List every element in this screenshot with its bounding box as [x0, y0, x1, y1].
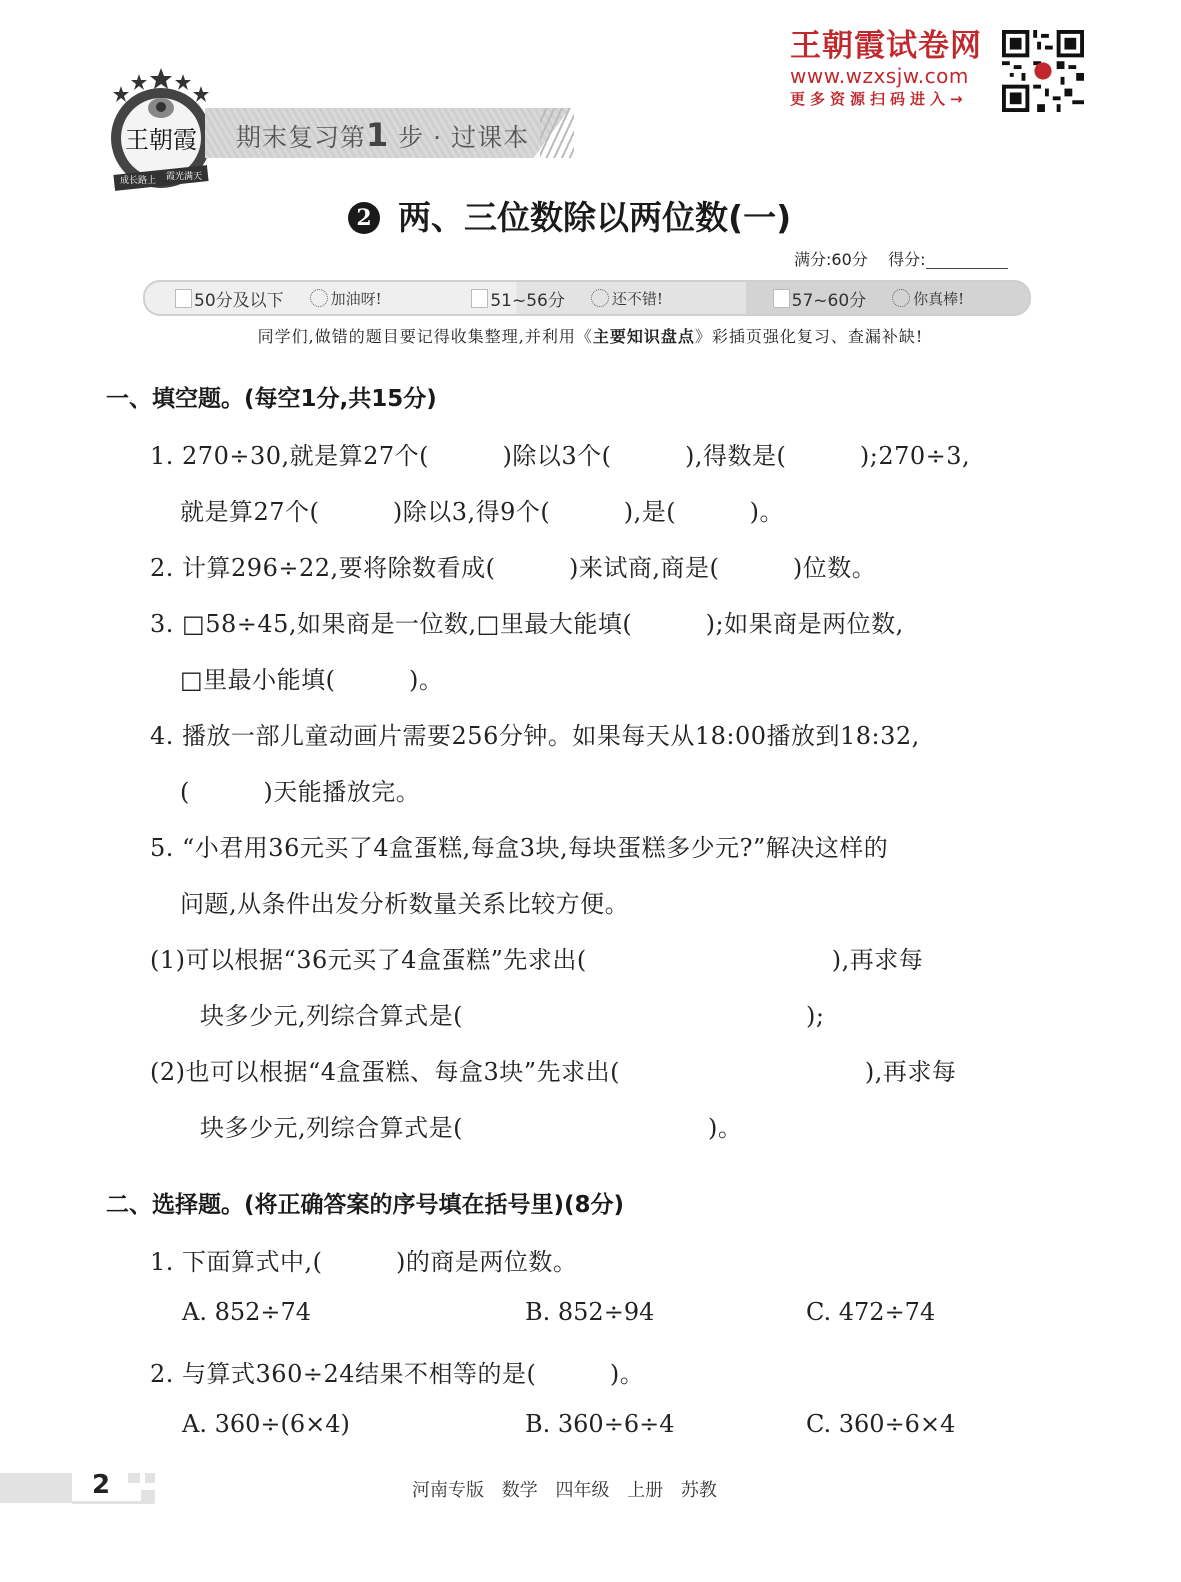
- got-score-label: 得分:: [888, 250, 925, 269]
- question-line: 问题,从条件出发分析数量关系比较方便。: [180, 884, 629, 919]
- tip-text: 》彩插页强化复习、查漏补缺!: [695, 327, 923, 346]
- smiley-face-icon: [310, 289, 328, 307]
- score-input-line[interactable]: [926, 254, 1008, 269]
- tip-bold: 主要知识盘点: [593, 327, 695, 346]
- smiley-face-icon: [892, 289, 910, 307]
- question-line: (1)可以根据“36元买了4盒蛋糕”先求出( ),再求每: [150, 940, 923, 975]
- question-line: 块多少元,列综合算式是( );: [200, 996, 824, 1031]
- full-score-label: 满分:60分: [794, 250, 868, 269]
- question-line: 1. 270÷30,就是算27个( )除以3个( ),得数是( );270÷3,: [150, 436, 970, 471]
- page-title: 2两、三位数除以两位数(一): [348, 192, 791, 239]
- qr-code-icon[interactable]: [1002, 30, 1084, 112]
- band-prefix: 期末复习第: [236, 123, 366, 152]
- brand-cta: 更多资源扫码进入→: [790, 88, 1005, 110]
- brand-block: 王朝霞试卷网 www.wzxsjw.com 更多资源扫码进入→: [790, 28, 1005, 110]
- question-stem: 2. 与算式360÷24结果不相等的是( )。: [150, 1354, 644, 1389]
- tip-text: 同学们,做错的题目要记得收集整理,并利用《: [258, 327, 593, 346]
- self-rating-bar: 50分及以下 加油呀! 51~56分 还不错! 57~60分 你真棒!: [143, 280, 1031, 316]
- rating-cheer: 还不错!: [612, 288, 663, 309]
- option-b: B. 852÷94: [525, 1298, 654, 1326]
- option-a: A. 360÷(6×4): [182, 1410, 350, 1438]
- band-step-number: 1: [366, 116, 389, 154]
- brand-url-link[interactable]: www.wzxsjw.com: [790, 64, 1005, 88]
- question-line: 2. 计算296÷22,要将除数看成( )来试商,商是( )位数。: [150, 548, 876, 583]
- rating-cheer: 加油呀!: [331, 288, 382, 309]
- option-b: B. 360÷6÷4: [525, 1410, 674, 1438]
- section-heading-multiple-choice: 二、选择题。(将正确答案的序号填在括号里)(8分): [106, 1186, 624, 1219]
- footer-square-decoration: [145, 1473, 155, 1483]
- rating-range: 57~60分: [792, 286, 867, 311]
- rating-range: 51~56分: [490, 286, 565, 311]
- brand-logo-badge: 王朝霞 成长路上 霞光满天: [106, 66, 216, 191]
- rating-option-low[interactable]: 50分及以下 加油呀!: [145, 282, 431, 314]
- lesson-number-badge: 2: [348, 202, 380, 234]
- checkbox[interactable]: [773, 289, 790, 308]
- rating-cheer: 你真棒!: [913, 288, 964, 309]
- question-line: ( )天能播放完。: [180, 772, 420, 807]
- brand-name: 王朝霞试卷网: [790, 28, 1005, 64]
- footer-bar-decoration: [0, 1473, 72, 1503]
- footer-edition-info: 河南专版 数学 四年级 上册 苏教: [412, 1476, 717, 1502]
- question-line: 块多少元,列综合算式是( )。: [200, 1108, 742, 1143]
- rating-option-mid[interactable]: 51~56分 还不错!: [431, 282, 727, 314]
- footer-line-decoration: [72, 1501, 154, 1504]
- checkbox[interactable]: [471, 289, 488, 308]
- page-number: 2: [92, 1470, 110, 1500]
- option-c: C. 360÷6×4: [806, 1410, 955, 1438]
- score-line: 满分:60分 得分:: [794, 247, 1008, 270]
- question-line: 4. 播放一部儿童动画片需要256分钟。如果每天从18:00播放到18:32,: [150, 716, 920, 751]
- question-line: □里最小能填( )。: [180, 660, 443, 695]
- checkbox[interactable]: [175, 289, 192, 308]
- question-line: 5. “小君用36元买了4盒蛋糕,每盒3块,每块蛋糕多少元?”解决这样的: [150, 828, 888, 863]
- study-tip: 同学们,做错的题目要记得收集整理,并利用《主要知识盘点》彩插页强化复习、查漏补缺…: [0, 324, 1181, 347]
- question-stem: 1. 下面算式中,( )的商是两位数。: [150, 1242, 577, 1277]
- question-line: (2)也可以根据“4盒蛋糕、每盒3块”先求出( ),再求每: [150, 1052, 956, 1087]
- header-band-label: 期末复习第1 步 · 过课本: [236, 116, 529, 154]
- smiley-face-icon: [591, 289, 609, 307]
- svg-text:霞光满天: 霞光满天: [166, 170, 202, 182]
- band-suffix: 步 · 过课本: [398, 123, 529, 152]
- question-line: 就是算27个( )除以3,得9个( ),是( )。: [180, 492, 784, 527]
- title-text: 两、三位数除以两位数(一): [398, 198, 791, 237]
- footer-square-decoration: [128, 1473, 140, 1483]
- band-stripes-decoration: [540, 108, 574, 158]
- svg-text:成长路上: 成长路上: [120, 174, 156, 186]
- rating-option-high[interactable]: 57~60分 你真棒!: [728, 282, 1029, 314]
- section-heading-fill-in: 一、填空题。(每空1分,共15分): [106, 380, 437, 413]
- option-c: C. 472÷74: [806, 1298, 935, 1326]
- svg-text:王朝霞: 王朝霞: [125, 126, 197, 154]
- option-a: A. 852÷74: [182, 1298, 311, 1326]
- rating-range: 50分及以下: [194, 286, 284, 311]
- question-line: 3. □58÷45,如果商是一位数,□里最大能填( );如果商是两位数,: [150, 604, 904, 639]
